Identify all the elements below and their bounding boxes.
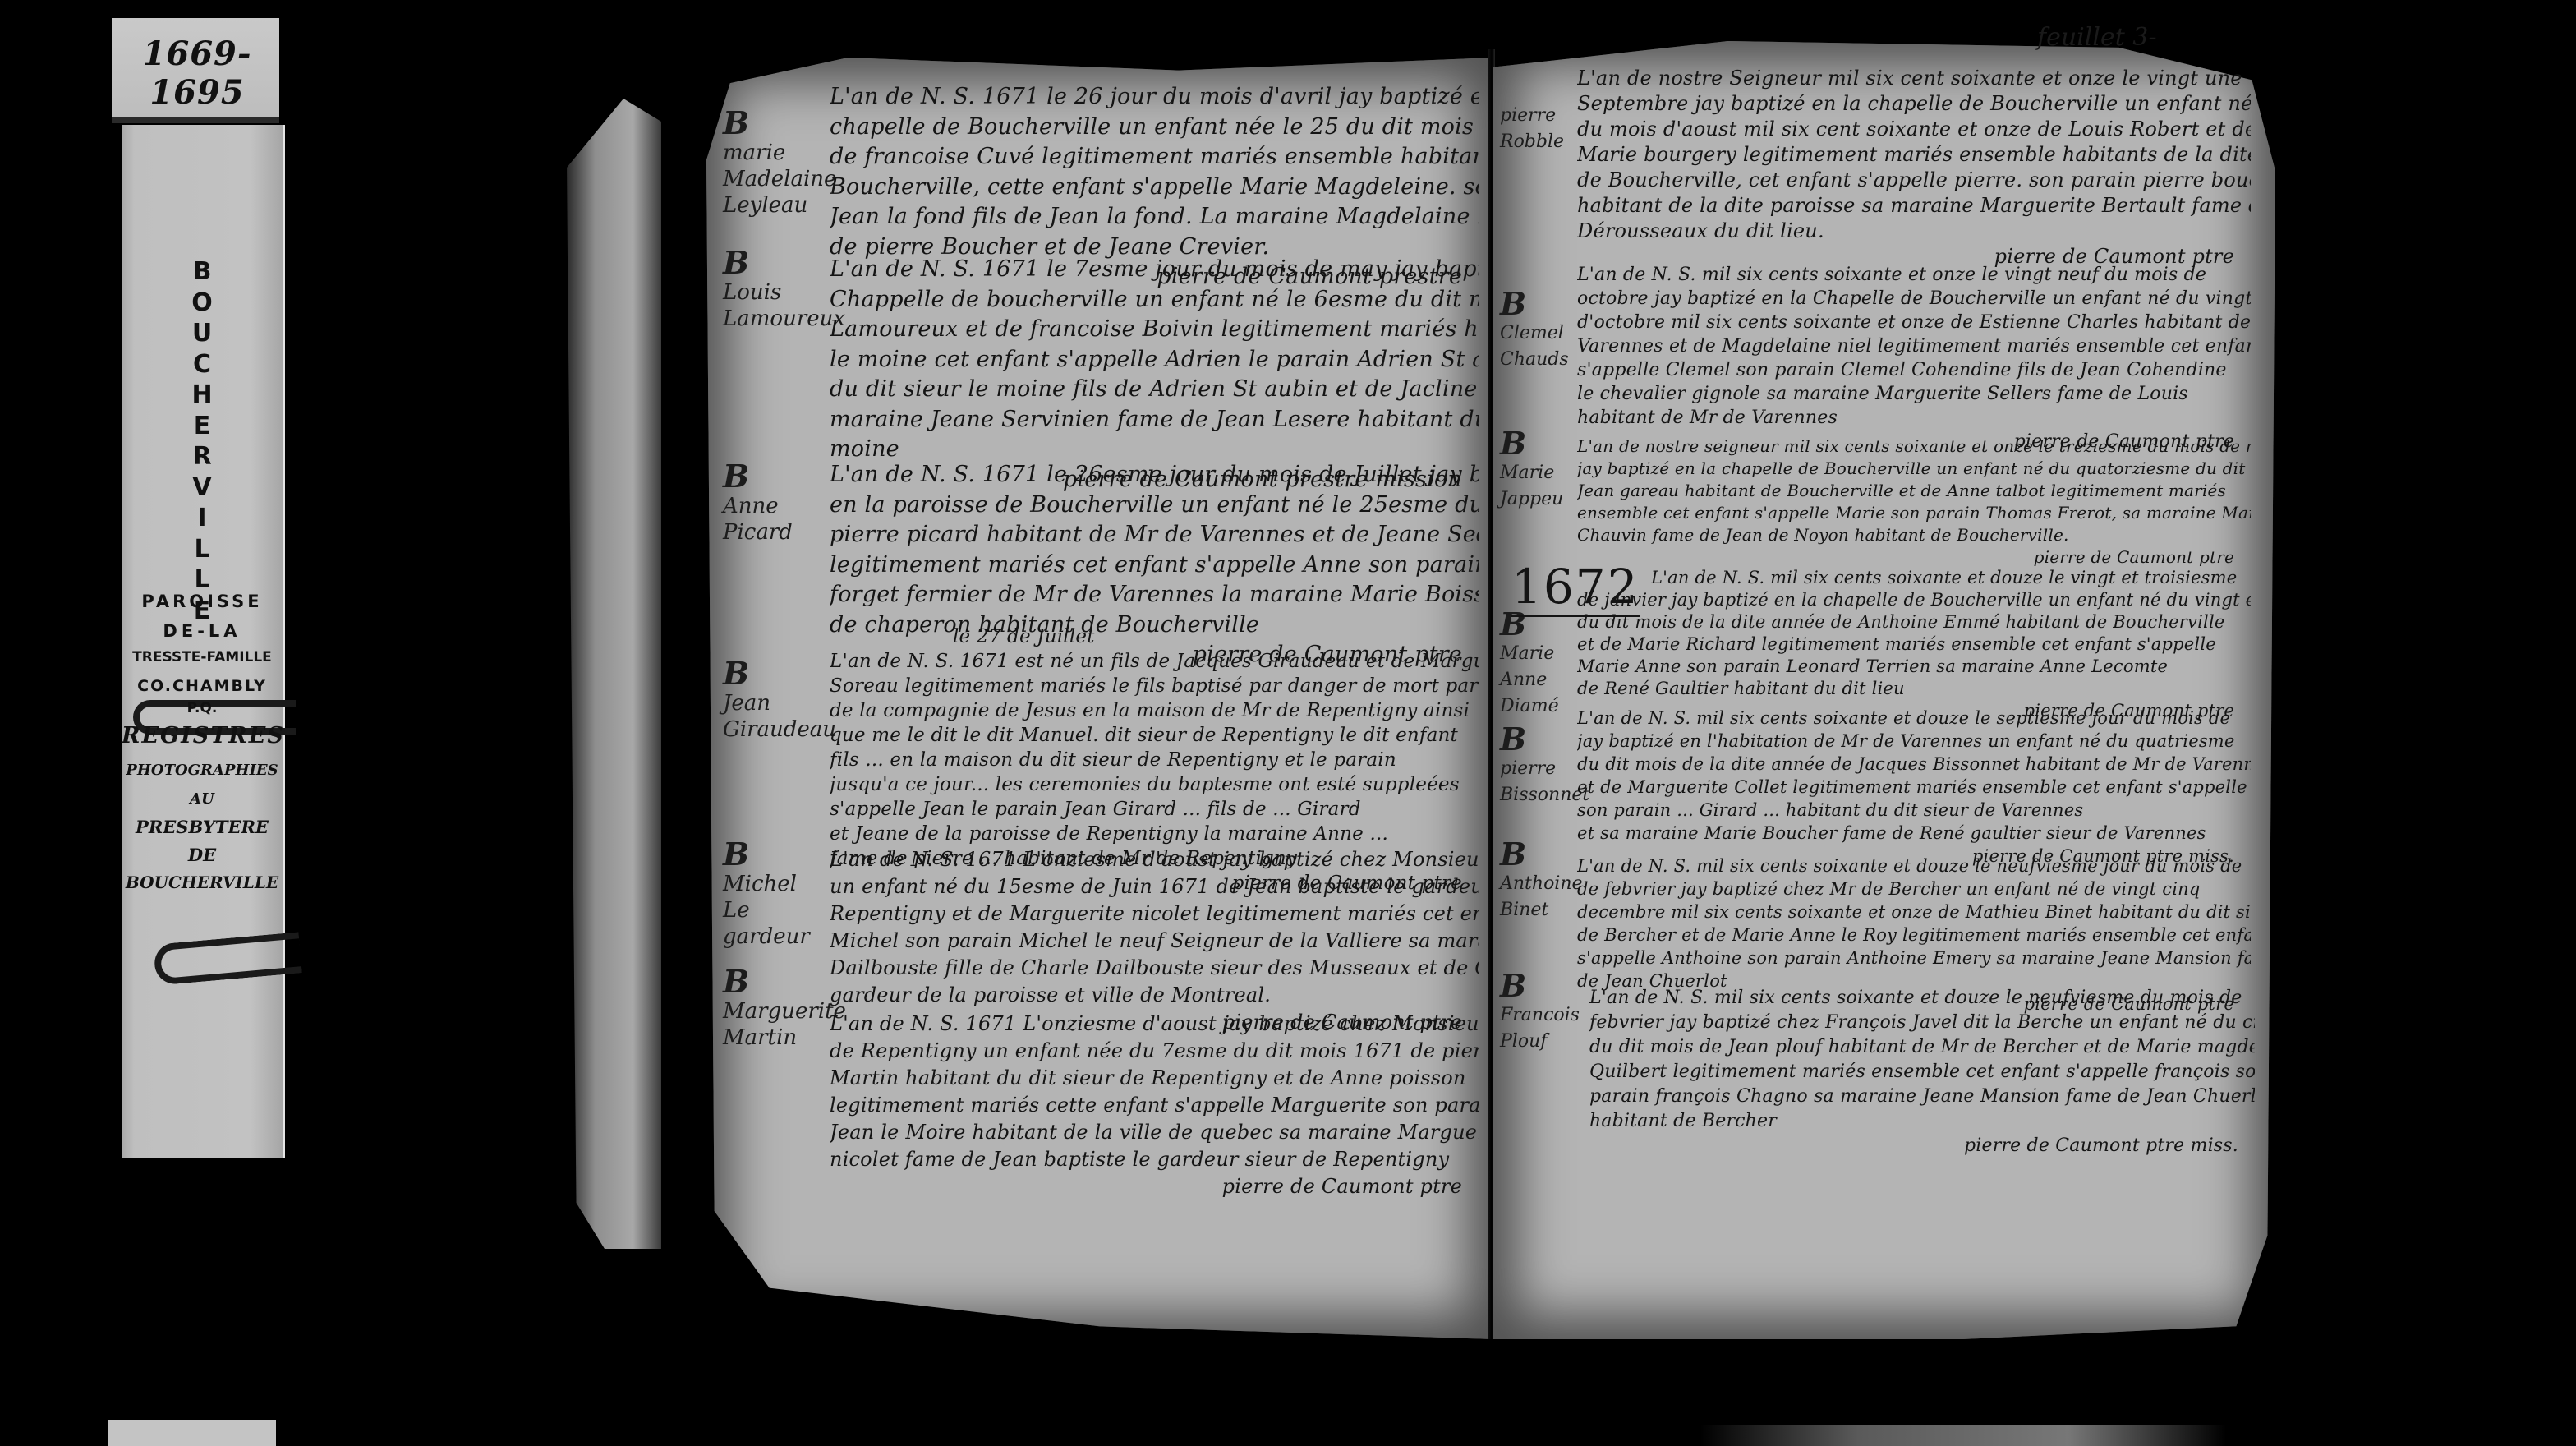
margin-note: B Anthoine Binet bbox=[1500, 838, 1574, 923]
baptism-entry: L'an de N. S. mil six cents soixante et … bbox=[1577, 263, 2251, 454]
place-letter: V bbox=[192, 472, 211, 504]
place-name-vertical: B O U C H E R V I L L E bbox=[187, 256, 217, 626]
registry-line: DE bbox=[122, 845, 283, 865]
baptism-entry: L'an de N. S. 1671 L'onziesme d'aoust ja… bbox=[830, 846, 1479, 1036]
margin-note: B marie Madelaine Leyleau bbox=[723, 107, 830, 219]
margin-note: B Francois Plouf bbox=[1500, 969, 1574, 1055]
place-letter: O bbox=[191, 288, 213, 319]
baptism-entry: L'an de N. S. mil six cents soixante et … bbox=[1577, 707, 2251, 868]
margin-note: B Marie Anne Diamé bbox=[1500, 608, 1574, 720]
date-range-label: 1669-1695 bbox=[117, 35, 278, 112]
place-letter: C bbox=[193, 349, 211, 380]
margin-note: B Louis Lamoureux bbox=[723, 246, 830, 332]
baptism-entry: L'an de nostre seigneur mil six cents so… bbox=[1577, 435, 2251, 569]
margin-note: B Clemel Chauds bbox=[1500, 288, 1574, 373]
margin-note: B Marie Jappeu bbox=[1500, 427, 1574, 513]
registry-line: REGISTRES bbox=[122, 723, 283, 748]
place-letter: E bbox=[194, 411, 211, 442]
margin-note: B Marguerite Martin bbox=[723, 965, 830, 1051]
baptism-entry: L'an de nostre Seigneur mil six cent soi… bbox=[1577, 66, 2251, 269]
place-letter: L bbox=[194, 564, 209, 596]
parish-line: TRESSTE-FAMILLE bbox=[122, 649, 283, 665]
place-letter: H bbox=[191, 380, 212, 411]
margin-note: B Michel Le gardeur bbox=[723, 838, 830, 950]
parish-line: DE-LA bbox=[122, 621, 283, 641]
parish-line: PAROISSE bbox=[122, 592, 283, 611]
date-insertion: le 27 de Juillet bbox=[830, 624, 1479, 649]
margin-note: B Jean Giraudeau bbox=[723, 657, 830, 743]
priest-signature: pierre de Caumont ptre miss. bbox=[1589, 1134, 2255, 1158]
place-letter: U bbox=[192, 318, 212, 349]
place-letter: I bbox=[197, 503, 206, 534]
margin-note: B Anne Picard bbox=[723, 460, 830, 546]
registry-line: PRESBYTERE bbox=[122, 817, 283, 837]
registry-line: AU bbox=[122, 790, 283, 808]
registry-line: BOUCHERVILLE bbox=[122, 873, 283, 892]
archive-label-strip: B O U C H E R V I L L E PAROISSE DE-LA T… bbox=[122, 125, 285, 1158]
label-card-top: 1669-1695 bbox=[112, 18, 279, 123]
next-frame-page-edge bbox=[1700, 1425, 2226, 1446]
baptism-entry: L'an de N. S. mil six cents soixante et … bbox=[1651, 567, 2251, 722]
paper-clip-icon bbox=[153, 932, 302, 985]
place-letter: B bbox=[193, 256, 212, 288]
county-line: CO.CHAMBLY bbox=[122, 677, 283, 695]
place-letter: R bbox=[192, 441, 211, 472]
baptism-entry: L'an de N. S. 1671 L'onziesme d'aoust ja… bbox=[830, 1011, 1479, 1200]
priest-signature: pierre de Caumont ptre bbox=[1577, 546, 2251, 569]
province-line: P.Q. bbox=[122, 700, 283, 716]
registry-line: PHOTOGRAPHIES bbox=[122, 762, 283, 779]
baptism-entry: L'an de N. S. 1671 le 7esme jour du mois… bbox=[830, 255, 1479, 495]
margin-note: B pierre Bissonnet bbox=[1500, 723, 1574, 808]
margin-note: pierre Robble bbox=[1500, 103, 1574, 155]
previous-page-edge bbox=[567, 99, 661, 1249]
place-letter: L bbox=[194, 534, 209, 565]
baptism-entry: L'an de N. S. mil six cents soixante et … bbox=[1589, 986, 2255, 1158]
folio-note: feuillet 3- bbox=[2037, 23, 2157, 52]
priest-signature: pierre de Caumont ptre bbox=[830, 1173, 1479, 1200]
next-frame-label-edge bbox=[108, 1420, 276, 1446]
